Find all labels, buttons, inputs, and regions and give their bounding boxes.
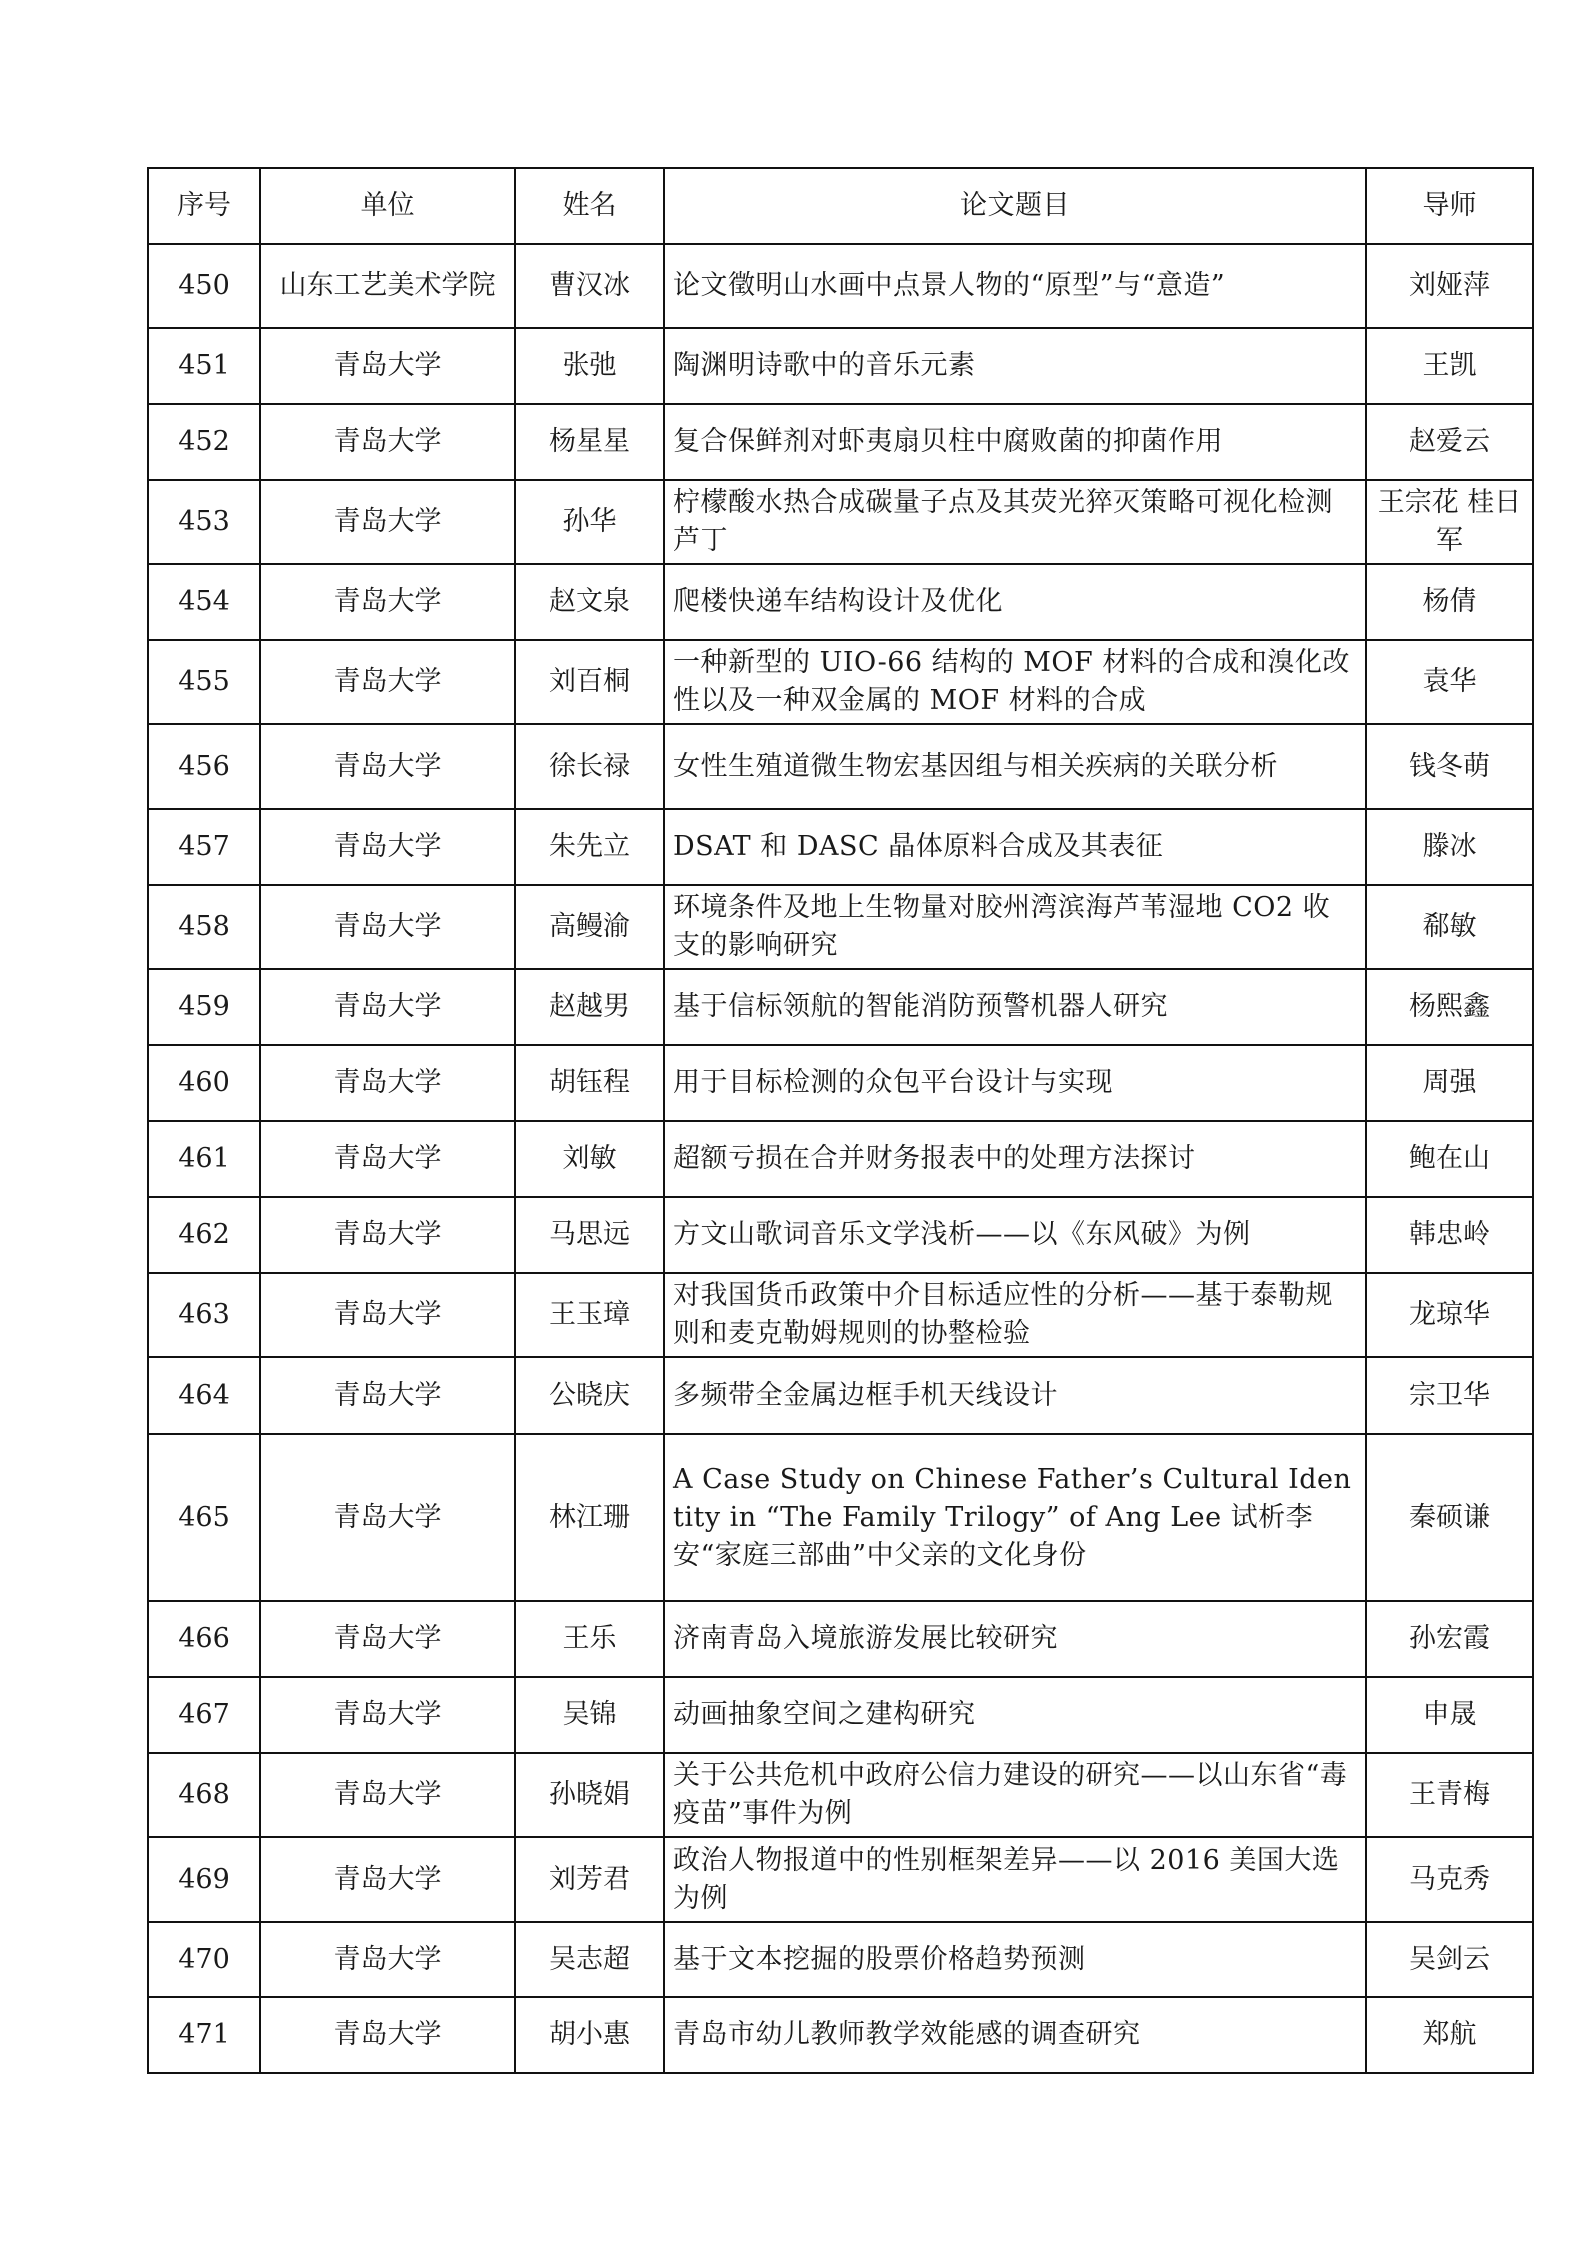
cell-serial-number: 467: [148, 1677, 260, 1753]
table-row: 467青岛大学吴锦动画抽象空间之建构研究申晟: [148, 1677, 1533, 1753]
cell-serial-number: 456: [148, 724, 260, 809]
cell-advisor: 韩忠岭: [1366, 1197, 1533, 1273]
table-row: 458青岛大学高鳗渝环境条件及地上生物量对胶州湾滨海芦苇湿地 CO2 收支的影响…: [148, 885, 1533, 969]
cell-name: 高鳗渝: [515, 885, 664, 969]
cell-unit: 青岛大学: [260, 724, 515, 809]
cell-name: 公晓庆: [515, 1357, 664, 1434]
cell-advisor: 郗敏: [1366, 885, 1533, 969]
cell-thesis-title: 爬楼快递车结构设计及优化: [664, 564, 1366, 640]
cell-advisor: 郑航: [1366, 1997, 1533, 2073]
cell-advisor: 王青梅: [1366, 1753, 1533, 1837]
table-row: 461青岛大学刘敏超额亏损在合并财务报表中的处理方法探讨鲍在山: [148, 1121, 1533, 1197]
cell-name: 刘芳君: [515, 1837, 664, 1922]
cell-advisor: 杨倩: [1366, 564, 1533, 640]
cell-thesis-title: 柠檬酸水热合成碳量子点及其荧光猝灭策略可视化检测芦丁: [664, 480, 1366, 564]
cell-name: 赵文泉: [515, 564, 664, 640]
cell-unit: 青岛大学: [260, 809, 515, 885]
cell-advisor: 马克秀: [1366, 1837, 1533, 1922]
cell-unit: 青岛大学: [260, 969, 515, 1045]
table-row: 471青岛大学胡小惠青岛市幼儿教师教学效能感的调查研究郑航: [148, 1997, 1533, 2073]
cell-thesis-title: 关于公共危机中政府公信力建设的研究——以山东省“毒疫苗”事件为例: [664, 1753, 1366, 1837]
cell-thesis-title: 动画抽象空间之建构研究: [664, 1677, 1366, 1753]
cell-unit: 青岛大学: [260, 1045, 515, 1121]
table-row: 456青岛大学徐长禄女性生殖道微生物宏基因组与相关疾病的关联分析钱冬萌: [148, 724, 1533, 809]
cell-serial-number: 461: [148, 1121, 260, 1197]
cell-advisor: 周强: [1366, 1045, 1533, 1121]
cell-name: 林江珊: [515, 1434, 664, 1601]
cell-unit: 青岛大学: [260, 404, 515, 480]
cell-serial-number: 469: [148, 1837, 260, 1922]
table-row: 460青岛大学胡钰程用于目标检测的众包平台设计与实现周强: [148, 1045, 1533, 1121]
cell-unit: 青岛大学: [260, 328, 515, 404]
cell-name: 孙晓娟: [515, 1753, 664, 1837]
cell-thesis-title: 基于文本挖掘的股票价格趋势预测: [664, 1922, 1366, 1997]
cell-advisor: 袁华: [1366, 640, 1533, 724]
cell-name: 张弛: [515, 328, 664, 404]
cell-serial-number: 457: [148, 809, 260, 885]
cell-thesis-title: 济南青岛入境旅游发展比较研究: [664, 1601, 1366, 1677]
cell-serial-number: 453: [148, 480, 260, 564]
cell-serial-number: 470: [148, 1922, 260, 1997]
table-header-row: 序号 单位 姓名 论文题目 导师: [148, 168, 1533, 244]
cell-name: 胡小惠: [515, 1997, 664, 2073]
cell-unit: 青岛大学: [260, 1837, 515, 1922]
header-advisor: 导师: [1366, 168, 1533, 244]
cell-advisor: 钱冬萌: [1366, 724, 1533, 809]
cell-serial-number: 455: [148, 640, 260, 724]
cell-thesis-title: A Case Study on Chinese Father’s Cultura…: [664, 1434, 1366, 1601]
table-row: 465青岛大学林江珊A Case Study on Chinese Father…: [148, 1434, 1533, 1601]
table-row: 451青岛大学张弛陶渊明诗歌中的音乐元素王凯: [148, 328, 1533, 404]
cell-advisor: 刘娅萍: [1366, 244, 1533, 328]
cell-advisor: 秦硕谦: [1366, 1434, 1533, 1601]
table-row: 450山东工艺美术学院曹汉冰论文徵明山水画中点景人物的“原型”与“意造”刘娅萍: [148, 244, 1533, 328]
table-row: 466青岛大学王乐济南青岛入境旅游发展比较研究孙宏霞: [148, 1601, 1533, 1677]
cell-thesis-title: 女性生殖道微生物宏基因组与相关疾病的关联分析: [664, 724, 1366, 809]
cell-thesis-title: 环境条件及地上生物量对胶州湾滨海芦苇湿地 CO2 收支的影响研究: [664, 885, 1366, 969]
table-row: 463青岛大学王玉璋对我国货币政策中介目标适应性的分析——基于泰勒规则和麦克勒姆…: [148, 1273, 1533, 1357]
table-row: 459青岛大学赵越男基于信标领航的智能消防预警机器人研究杨熙鑫: [148, 969, 1533, 1045]
cell-thesis-title: 方文山歌词音乐文学浅析——以《东风破》为例: [664, 1197, 1366, 1273]
cell-advisor: 宗卫华: [1366, 1357, 1533, 1434]
cell-name: 刘百桐: [515, 640, 664, 724]
cell-name: 赵越男: [515, 969, 664, 1045]
cell-name: 马思远: [515, 1197, 664, 1273]
table-row: 469青岛大学刘芳君政治人物报道中的性别框架差异——以 2016 美国大选为例马…: [148, 1837, 1533, 1922]
cell-serial-number: 464: [148, 1357, 260, 1434]
cell-serial-number: 454: [148, 564, 260, 640]
cell-advisor: 王凯: [1366, 328, 1533, 404]
cell-serial-number: 471: [148, 1997, 260, 2073]
cell-name: 朱先立: [515, 809, 664, 885]
cell-serial-number: 465: [148, 1434, 260, 1601]
cell-advisor: 王宗花 桂日军: [1366, 480, 1533, 564]
table-row: 453青岛大学孙华柠檬酸水热合成碳量子点及其荧光猝灭策略可视化检测芦丁王宗花 桂…: [148, 480, 1533, 564]
cell-thesis-title: 论文徵明山水画中点景人物的“原型”与“意造”: [664, 244, 1366, 328]
cell-serial-number: 460: [148, 1045, 260, 1121]
cell-thesis-title: 陶渊明诗歌中的音乐元素: [664, 328, 1366, 404]
cell-unit: 青岛大学: [260, 1922, 515, 1997]
cell-serial-number: 459: [148, 969, 260, 1045]
cell-serial-number: 462: [148, 1197, 260, 1273]
cell-thesis-title: 超额亏损在合并财务报表中的处理方法探讨: [664, 1121, 1366, 1197]
cell-thesis-title: 青岛市幼儿教师教学效能感的调查研究: [664, 1997, 1366, 2073]
cell-serial-number: 450: [148, 244, 260, 328]
cell-unit: 山东工艺美术学院: [260, 244, 515, 328]
table-row: 468青岛大学孙晓娟关于公共危机中政府公信力建设的研究——以山东省“毒疫苗”事件…: [148, 1753, 1533, 1837]
table-row: 452青岛大学杨星星复合保鲜剂对虾夷扇贝柱中腐败菌的抑菌作用赵爱云: [148, 404, 1533, 480]
cell-advisor: 龙琼华: [1366, 1273, 1533, 1357]
header-unit: 单位: [260, 168, 515, 244]
cell-advisor: 孙宏霞: [1366, 1601, 1533, 1677]
cell-unit: 青岛大学: [260, 1753, 515, 1837]
cell-thesis-title: DSAT 和 DASC 晶体原料合成及其表征: [664, 809, 1366, 885]
cell-thesis-title: 一种新型的 UIO-66 结构的 MOF 材料的合成和溴化改性以及一种双金属的 …: [664, 640, 1366, 724]
cell-unit: 青岛大学: [260, 640, 515, 724]
cell-unit: 青岛大学: [260, 1273, 515, 1357]
table-row: 455青岛大学刘百桐一种新型的 UIO-66 结构的 MOF 材料的合成和溴化改…: [148, 640, 1533, 724]
cell-thesis-title: 政治人物报道中的性别框架差异——以 2016 美国大选为例: [664, 1837, 1366, 1922]
cell-advisor: 赵爱云: [1366, 404, 1533, 480]
table-row: 470青岛大学吴志超基于文本挖掘的股票价格趋势预测吴剑云: [148, 1922, 1533, 1997]
cell-unit: 青岛大学: [260, 1197, 515, 1273]
cell-advisor: 鲍在山: [1366, 1121, 1533, 1197]
cell-unit: 青岛大学: [260, 1121, 515, 1197]
cell-unit: 青岛大学: [260, 480, 515, 564]
header-thesis-title: 论文题目: [664, 168, 1366, 244]
cell-advisor: 杨熙鑫: [1366, 969, 1533, 1045]
table-row: 462青岛大学马思远方文山歌词音乐文学浅析——以《东风破》为例韩忠岭: [148, 1197, 1533, 1273]
cell-unit: 青岛大学: [260, 1601, 515, 1677]
cell-unit: 青岛大学: [260, 885, 515, 969]
cell-serial-number: 458: [148, 885, 260, 969]
table-row: 464青岛大学公晓庆多频带全金属边框手机天线设计宗卫华: [148, 1357, 1533, 1434]
cell-thesis-title: 多频带全金属边框手机天线设计: [664, 1357, 1366, 1434]
cell-serial-number: 466: [148, 1601, 260, 1677]
cell-advisor: 吴剑云: [1366, 1922, 1533, 1997]
cell-serial-number: 463: [148, 1273, 260, 1357]
cell-unit: 青岛大学: [260, 1357, 515, 1434]
cell-thesis-title: 用于目标检测的众包平台设计与实现: [664, 1045, 1366, 1121]
cell-name: 吴锦: [515, 1677, 664, 1753]
cell-name: 吴志超: [515, 1922, 664, 1997]
cell-unit: 青岛大学: [260, 1677, 515, 1753]
table-row: 457青岛大学朱先立DSAT 和 DASC 晶体原料合成及其表征滕冰: [148, 809, 1533, 885]
cell-thesis-title: 基于信标领航的智能消防预警机器人研究: [664, 969, 1366, 1045]
cell-serial-number: 452: [148, 404, 260, 480]
cell-unit: 青岛大学: [260, 1997, 515, 2073]
cell-advisor: 滕冰: [1366, 809, 1533, 885]
cell-name: 孙华: [515, 480, 664, 564]
cell-name: 刘敏: [515, 1121, 664, 1197]
header-serial-number: 序号: [148, 168, 260, 244]
header-name: 姓名: [515, 168, 664, 244]
cell-thesis-title: 对我国货币政策中介目标适应性的分析——基于泰勒规则和麦克勒姆规则的协整检验: [664, 1273, 1366, 1357]
cell-name: 徐长禄: [515, 724, 664, 809]
table-row: 454青岛大学赵文泉爬楼快递车结构设计及优化杨倩: [148, 564, 1533, 640]
thesis-list-table: 序号 单位 姓名 论文题目 导师 450山东工艺美术学院曹汉冰论文徵明山水画中点…: [147, 167, 1534, 2074]
cell-serial-number: 451: [148, 328, 260, 404]
cell-advisor: 申晟: [1366, 1677, 1533, 1753]
cell-serial-number: 468: [148, 1753, 260, 1837]
cell-name: 杨星星: [515, 404, 664, 480]
cell-name: 胡钰程: [515, 1045, 664, 1121]
cell-unit: 青岛大学: [260, 564, 515, 640]
cell-name: 王乐: [515, 1601, 664, 1677]
cell-thesis-title: 复合保鲜剂对虾夷扇贝柱中腐败菌的抑菌作用: [664, 404, 1366, 480]
cell-name: 王玉璋: [515, 1273, 664, 1357]
table-body: 450山东工艺美术学院曹汉冰论文徵明山水画中点景人物的“原型”与“意造”刘娅萍4…: [148, 244, 1533, 2073]
cell-name: 曹汉冰: [515, 244, 664, 328]
cell-unit: 青岛大学: [260, 1434, 515, 1601]
